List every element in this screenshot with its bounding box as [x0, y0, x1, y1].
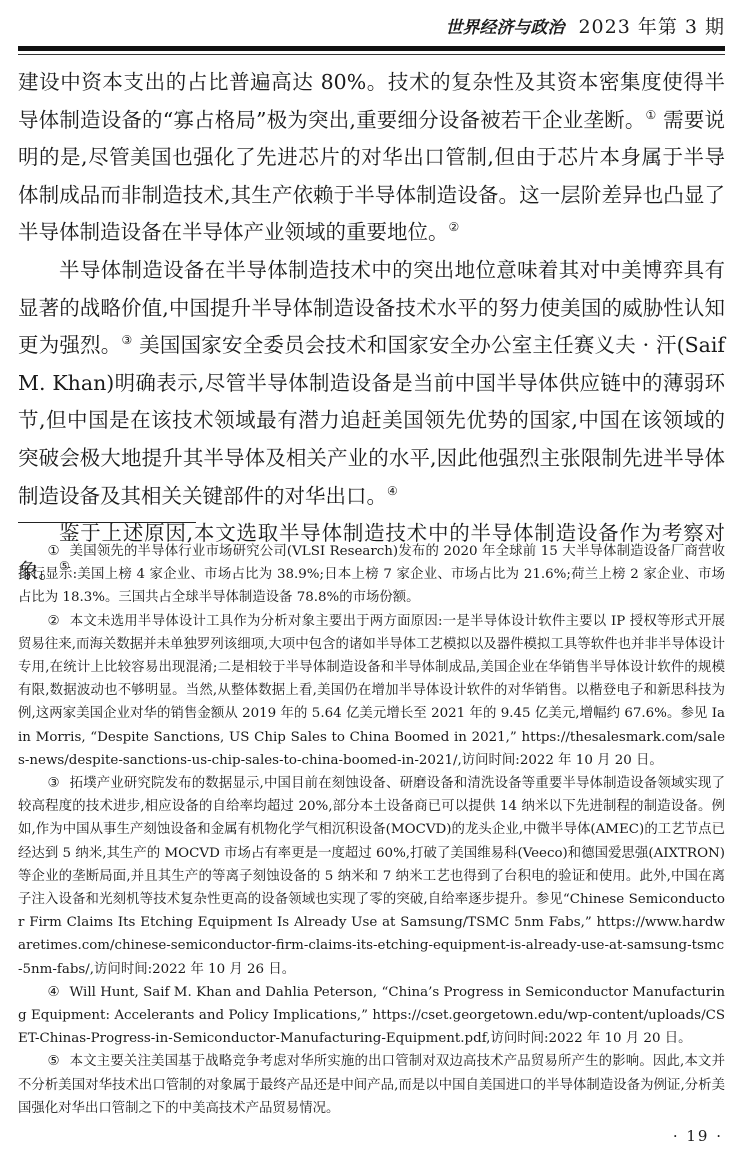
- footnote-ref-1[interactable]: ①: [646, 108, 657, 122]
- footnote-number: ①: [47, 544, 59, 559]
- footnote-ref-2[interactable]: ②: [449, 220, 460, 234]
- footnote-separator: [18, 522, 196, 523]
- footnote-5: ⑤本文主要关注美国基于战略竞争考虑对华所实施的出口管制对双边高技术产品贸易所产生…: [18, 1050, 725, 1120]
- journal-logo: 世界经济与政治: [445, 18, 564, 38]
- paragraph-1: 建设中资本支出的占比普遍高达 80%。技术的复杂性及其资本密集度使得半导体制造设…: [18, 64, 725, 252]
- text-segment: 美国国家安全委员会技术和国家安全办公室主任赛义夫 · 汗(Saif M. Kha…: [18, 333, 725, 507]
- footnote-text: 本文未选用半导体设计工具作为分析对象主要出于两方面原因:一是半导体设计软件主要以…: [18, 614, 725, 768]
- body-text: 建设中资本支出的占比普遍高达 80%。技术的复杂性及其资本密集度使得半导体制造设…: [18, 64, 725, 590]
- paragraph-2: 半导体制造设备在半导体制造技术中的突出地位意味着其对中美博弈具有显著的战略价值,…: [18, 252, 725, 515]
- footnote-number: ②: [47, 614, 59, 629]
- page-number: · 19 ·: [673, 1127, 723, 1145]
- footnote-text: 美国领先的半导体行业市场研究公司(VLSI Research)发布的 2020 …: [18, 544, 725, 605]
- footnote-3: ③拓墣产业研究院发布的数据显示,中国目前在刻蚀设备、研磨设备和清洗设备等重要半导…: [18, 772, 725, 981]
- footnote-1: ①美国领先的半导体行业市场研究公司(VLSI Research)发布的 2020…: [18, 540, 725, 610]
- footnote-number: ⑤: [47, 1054, 59, 1069]
- running-head: 世界经济与政治2023 年第 3 期: [445, 12, 725, 39]
- issue-label: 2023 年第 3 期: [578, 16, 725, 38]
- footnote-2: ②本文未选用半导体设计工具作为分析对象主要出于两方面原因:一是半导体设计软件主要…: [18, 610, 725, 772]
- footnote-number: ④: [47, 985, 59, 1000]
- footnote-text: 拓墣产业研究院发布的数据显示,中国目前在刻蚀设备、研磨设备和清洗设备等重要半导体…: [18, 776, 725, 977]
- footnote-ref-4[interactable]: ④: [387, 484, 398, 498]
- footnote-number: ③: [47, 776, 59, 791]
- header-rule-thick: [18, 46, 725, 51]
- footnotes: ①美国领先的半导体行业市场研究公司(VLSI Research)发布的 2020…: [18, 540, 725, 1120]
- text-segment: 建设中资本支出的占比普遍高达 80%。技术的复杂性及其资本密集度使得半导体制造设…: [18, 70, 725, 132]
- footnote-text: 本文主要关注美国基于战略竞争考虑对华所实施的出口管制对双边高技术产品贸易所产生的…: [18, 1054, 725, 1115]
- footnote-text: Will Hunt, Saif M. Khan and Dahlia Peter…: [18, 985, 725, 1046]
- footnote-ref-3[interactable]: ③: [122, 333, 133, 347]
- header-rule-thin: [18, 54, 725, 55]
- footnote-4: ④Will Hunt, Saif M. Khan and Dahlia Pete…: [18, 981, 725, 1051]
- page-header: 世界经济与政治2023 年第 3 期: [18, 0, 725, 58]
